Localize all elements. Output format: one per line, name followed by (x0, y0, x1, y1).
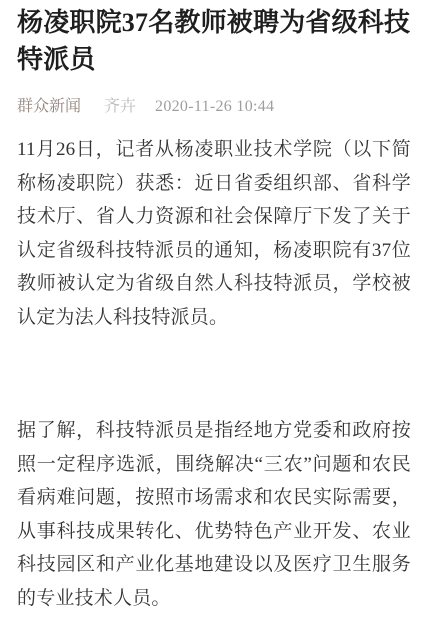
article-paragraph-2: 据了解，科技特派员是指经地方党委和政府按照一定程序选派，围绕解决“三农”问题和农… (17, 414, 411, 615)
article-body: 11月26日，记者从杨凌职业技术学院（以下简称杨凌职院）获悉：近日省委组织部、省… (17, 133, 411, 615)
article-datetime: 2020-11-26 10:44 (155, 98, 274, 115)
article-page: 杨凌职院37名教师被聘为省级科技特派员 群众新闻 齐卉 2020-11-26 1… (0, 5, 428, 631)
article-title: 杨凌职院37名教师被聘为省级科技特派员 (17, 5, 411, 78)
article-author: 齐卉 (104, 98, 136, 115)
article-meta: 群众新闻 齐卉 2020-11-26 10:44 (17, 96, 411, 118)
article-paragraph-1: 11月26日，记者从杨凌职业技术学院（以下简称杨凌职院）获悉：近日省委组织部、省… (17, 133, 411, 334)
article-source: 群众新闻 (17, 98, 81, 115)
